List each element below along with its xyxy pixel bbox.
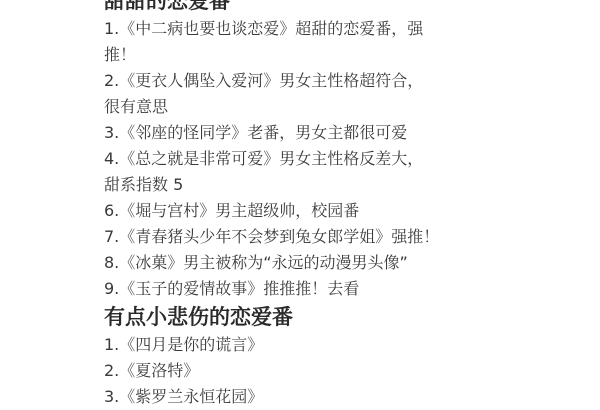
list-item: 1.《中二病也要也谈恋爱》超甜的恋爱番，强 bbox=[104, 16, 504, 42]
section-heading: 甜甜的恋爱番 bbox=[104, 0, 504, 16]
section-heading: 有点小悲伤的恋爱番 bbox=[104, 302, 504, 332]
list-item: 4.《总之就是非常可爱》男女主性格反差大， bbox=[104, 146, 504, 172]
list-item: 8.《冰菓》男主被称为“永远的动漫男头像” bbox=[104, 250, 504, 276]
list-item: 甜系指数 5 bbox=[104, 172, 504, 198]
list-item: 6.《堀与宫村》男主超级帅，校园番 bbox=[104, 198, 504, 224]
article-page: 甜甜的恋爱番 1.《中二病也要也谈恋爱》超甜的恋爱番，强 推！ 2.《更衣人偶坠… bbox=[104, 0, 504, 400]
list-item: 2.《更衣人偶坠入爱河》男女主性格超符合， bbox=[104, 68, 504, 94]
list-item: 1.《四月是你的谎言》 bbox=[104, 332, 504, 358]
list-item: 2.《夏洛特》 bbox=[104, 358, 504, 384]
list-item: 很有意思 bbox=[104, 94, 504, 120]
list-item: 3.《邻座的怪同学》老番，男女主都很可爱 bbox=[104, 120, 504, 146]
section-sad-romance: 有点小悲伤的恋爱番 1.《四月是你的谎言》 2.《夏洛特》 3.《紫罗兰永恒花园… bbox=[104, 302, 504, 400]
list-item: 7.《青春猪头少年不会梦到兔女郎学姐》强推！ bbox=[104, 224, 504, 250]
list-item: 9.《玉子的爱情故事》推推推！去看 bbox=[104, 276, 504, 302]
list-item: 推！ bbox=[104, 42, 504, 68]
list-item: 3.《紫罗兰永恒花园》 bbox=[104, 384, 504, 400]
section-sweet-romance: 甜甜的恋爱番 1.《中二病也要也谈恋爱》超甜的恋爱番，强 推！ 2.《更衣人偶坠… bbox=[104, 0, 504, 302]
